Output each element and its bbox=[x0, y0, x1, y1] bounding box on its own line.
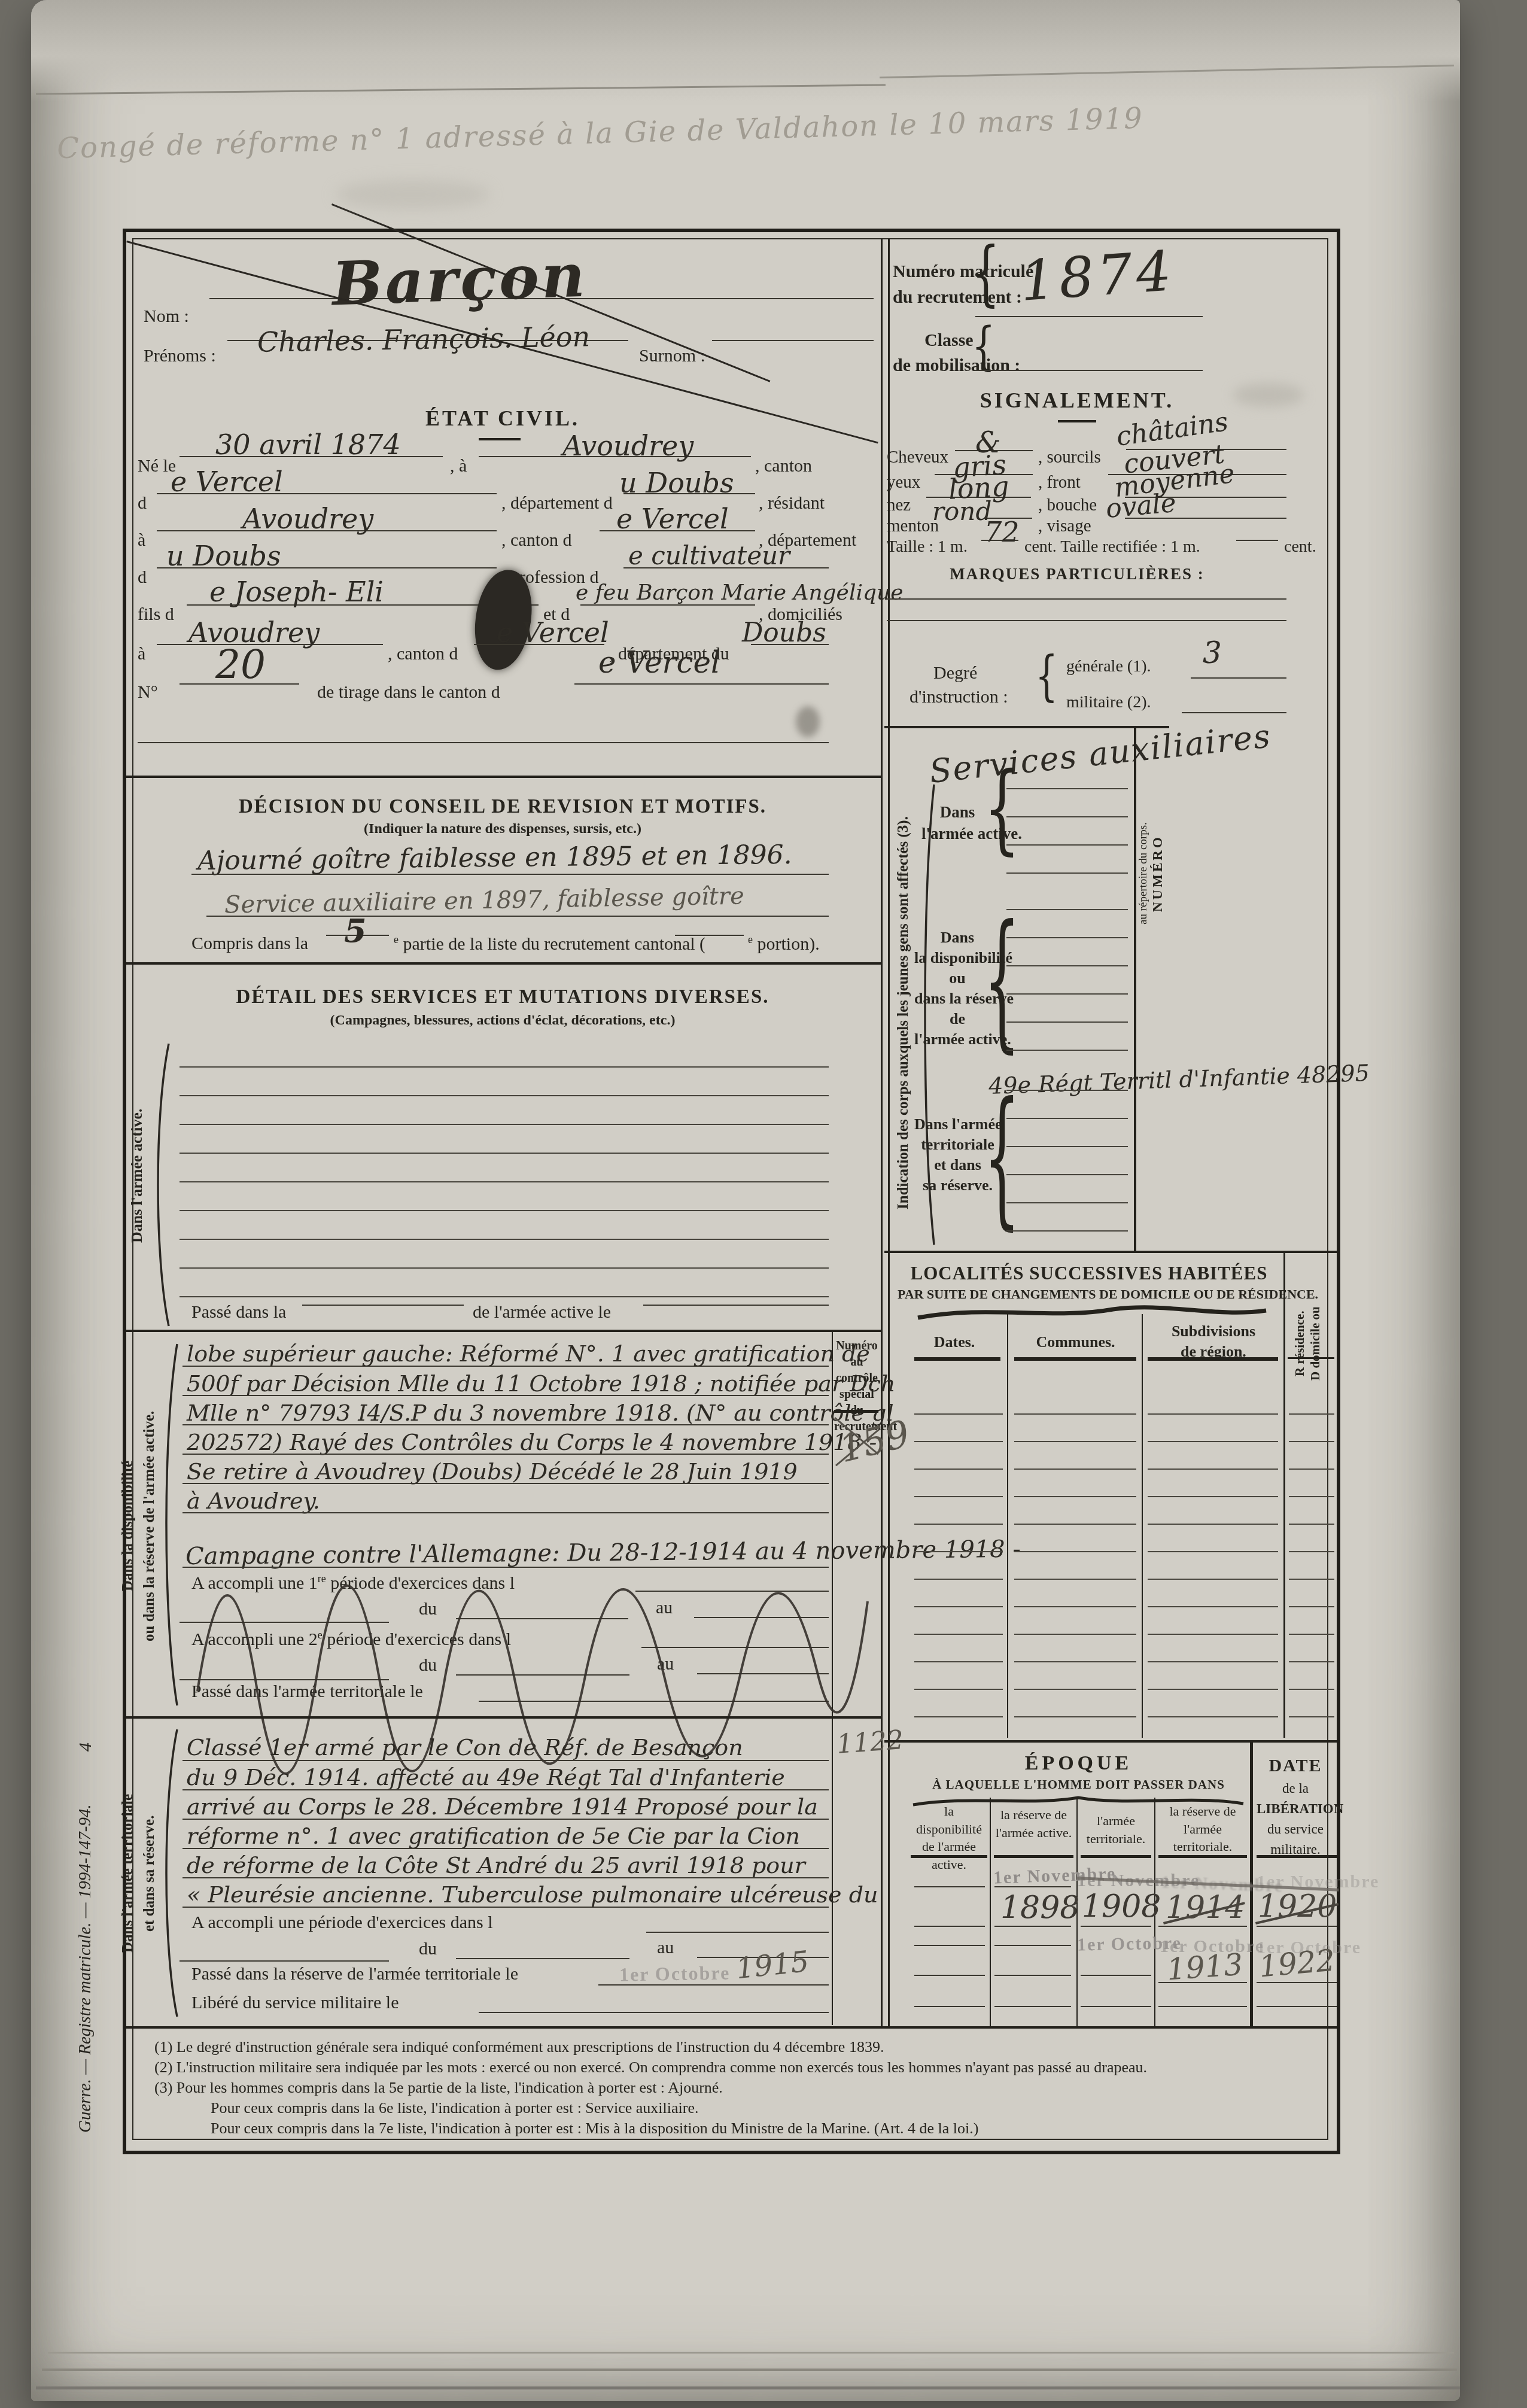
localites-rows-dr bbox=[1289, 1387, 1334, 1722]
fils-value: e Joseph- Eli bbox=[209, 576, 384, 608]
page-stack-edge-1 bbox=[48, 2352, 1454, 2354]
epoque-row4-line-c1 bbox=[914, 1975, 985, 1976]
surnom-line bbox=[712, 340, 874, 341]
localites-rows-communes bbox=[1014, 1387, 1136, 1722]
localites-top-rule bbox=[884, 1251, 1337, 1253]
territoriale-side-label-1: Dans l'armée territoriale bbox=[120, 1728, 140, 2018]
generale-label: générale (1). bbox=[1066, 657, 1151, 676]
epoque-top-rule bbox=[884, 1740, 1337, 1743]
tirage-value: e Vercel bbox=[598, 645, 720, 680]
corps-dispo-label: de bbox=[939, 1010, 975, 1028]
territoriale-periode-label: A accompli une période d'exercices dans … bbox=[191, 1913, 493, 1933]
epoque-date-header-4: du service bbox=[1257, 1822, 1334, 1837]
reserve-side-brace bbox=[159, 1342, 180, 1708]
degre-brace: { bbox=[1035, 649, 1058, 703]
compris-sup: e bbox=[394, 934, 399, 945]
localites-divider-1 bbox=[1007, 1314, 1008, 1738]
classe-label-line2: de mobilisation : bbox=[893, 355, 1020, 376]
epoque-date-header-1: DATE bbox=[1257, 1756, 1334, 1776]
matricule-brace: { bbox=[972, 238, 1000, 309]
territoriale-text-line: « Pleurésie ancienne. Tuberculose pulmon… bbox=[187, 1881, 878, 1908]
reserve-rule-3 bbox=[182, 1424, 829, 1425]
epoque-head-rule-4 bbox=[1158, 1855, 1247, 1858]
passe-active-blank1 bbox=[302, 1305, 464, 1306]
column-divider-left-line bbox=[881, 239, 883, 2027]
numero-tirage-value: 20 bbox=[215, 641, 266, 688]
rule-above-reserve bbox=[126, 1330, 881, 1332]
a3-label: à bbox=[138, 644, 145, 664]
localites-head-rule-2 bbox=[1014, 1357, 1136, 1361]
matricule-label-line1: Numéro matricule bbox=[893, 262, 1033, 282]
services-title: DÉTAIL DES SERVICES ET MUTATIONS DIVERSE… bbox=[168, 986, 838, 1008]
localites-subtitle: PAR SUITE DE CHANGEMENTS DE DOMICILE OU … bbox=[898, 1287, 1280, 1302]
territoriale-rule-6 bbox=[182, 1907, 829, 1908]
a2-label: à bbox=[138, 530, 145, 551]
epoque-row1-line-c1 bbox=[914, 1886, 985, 1887]
prenoms-label: Prénoms : bbox=[144, 346, 216, 366]
territoriale-text-line: Classé 1er armé par le Con de Réf. de Be… bbox=[187, 1734, 743, 1761]
territoriale-text-line: arrivé au Corps le 28. Décembre 1914 Pro… bbox=[187, 1793, 818, 1820]
epoque-title: ÉPOQUE bbox=[907, 1752, 1251, 1775]
epoque-row3-line-c2 bbox=[994, 1945, 1071, 1946]
dept3-value: Doubs bbox=[742, 618, 826, 648]
year2-liberation: 1922 bbox=[1258, 1943, 1337, 1984]
services-side-brace bbox=[151, 1041, 171, 1328]
corps-active-label-1: Dans bbox=[930, 803, 984, 822]
d3-label: d bbox=[138, 567, 147, 588]
epoque-date-header-2: de la bbox=[1257, 1781, 1334, 1796]
marques-label: MARQUES PARTICULIÈRES : bbox=[909, 565, 1245, 583]
reserve-text-line: 202572) Rayé des Contrôles du Corps le 4… bbox=[187, 1429, 877, 1455]
epoque-row4-line-c3 bbox=[1081, 1975, 1151, 1976]
year-territoriale: 1908 bbox=[1082, 1889, 1161, 1924]
cheveux-label: Cheveux bbox=[887, 448, 948, 467]
mere-value: e feu Barçon Marie Angélique bbox=[576, 580, 904, 605]
epoque-row2-line-c3 bbox=[1081, 1926, 1151, 1927]
residant-label: , résidant bbox=[759, 493, 825, 513]
localites-head-rule-3 bbox=[1148, 1357, 1278, 1361]
canton3-label: , canton d bbox=[388, 644, 458, 664]
cancellation-squiggle bbox=[191, 1530, 874, 1709]
libere-blank bbox=[479, 2012, 829, 2013]
sourcils-label: , sourcils bbox=[1038, 448, 1101, 467]
classe-brace: { bbox=[972, 321, 995, 373]
localites-col-communes: Communes. bbox=[1014, 1333, 1137, 1351]
classe-label-line1: Classe bbox=[924, 330, 974, 351]
compris-value: 5 bbox=[344, 912, 367, 950]
localites-col-dates: Dates. bbox=[907, 1333, 1002, 1351]
taille-value: 72 bbox=[984, 516, 1020, 548]
territoriale-periode-blank bbox=[646, 1932, 829, 1933]
corps-side-label: Indication des corps auxquels les jeunes… bbox=[895, 778, 917, 1248]
etat-civil-title: ÉTAT CIVIL. bbox=[311, 406, 694, 431]
localites-swash bbox=[915, 1302, 1269, 1322]
rule-above-decision bbox=[126, 776, 881, 778]
yeux-label: yeux bbox=[887, 473, 920, 492]
militaire-label: militaire (2). bbox=[1066, 693, 1151, 712]
territoriale-rule-5 bbox=[182, 1877, 829, 1878]
epoque-row2-line-c4 bbox=[1158, 1926, 1247, 1927]
canton2-label: , canton d bbox=[501, 530, 571, 551]
corps-dispo-rows bbox=[1006, 882, 1128, 1052]
corps-active-label-2: l'armée active. bbox=[921, 825, 993, 843]
localites-title: LOCALITÉS SUCCESSIVES HABITÉES bbox=[898, 1263, 1280, 1284]
compris-label: Compris dans la bbox=[191, 934, 308, 954]
dept1-label: , département d bbox=[501, 493, 613, 513]
taille-label-1: Taille : 1 m. bbox=[887, 537, 968, 557]
menton-label: menton bbox=[887, 516, 939, 536]
epoque-col3-header: l'armée territoriale. bbox=[1080, 1812, 1152, 1847]
epoque-row2-line-date bbox=[1257, 1926, 1337, 1927]
reserve-text-line: Mlle n° 79793 I4/S.P du 3 novembre 1918.… bbox=[187, 1400, 894, 1426]
margin-series-caption: Guerre. — Registre matricule. — 1994-147… bbox=[75, 1774, 95, 2163]
epoque-head-rule-1 bbox=[911, 1855, 987, 1858]
rule-above-territoriale bbox=[126, 1716, 881, 1719]
decision-line1-rule bbox=[191, 874, 829, 875]
portion-after-text: portion). bbox=[758, 934, 820, 954]
page-stack-edge-3 bbox=[36, 2386, 1460, 2389]
smudge-2 bbox=[1233, 383, 1304, 407]
territoriale-rule-3 bbox=[182, 1819, 829, 1820]
epoque-row5-line-date bbox=[1257, 2006, 1337, 2007]
reserve-text-line: lobe supérieur gauche: Réformé N°. 1 ave… bbox=[187, 1340, 870, 1367]
localites-head-rule-4 bbox=[1288, 1357, 1334, 1359]
footnotes-top-rule bbox=[126, 2026, 1337, 2029]
reserve-text-line: Se retire à Avoudrey (Doubs) Décédé le 2… bbox=[187, 1458, 798, 1485]
smudge-3 bbox=[335, 180, 491, 209]
reserve-side-label-2: ou dans la réserve de l'armée active. bbox=[141, 1343, 162, 1708]
libere-label: Libéré du service militaire le bbox=[191, 1993, 399, 2013]
epoque-col1-header: la disponibilité de l'armée active. bbox=[911, 1802, 987, 1874]
year2-reserve-territoriale: 1913 bbox=[1166, 1947, 1244, 1987]
numero-tirage-label: N° bbox=[138, 682, 158, 703]
epoque-row2-line-c1 bbox=[914, 1926, 985, 1927]
territoriale-text-line: réforme n°. 1 avec gratification de 5e C… bbox=[187, 1823, 800, 1849]
corps-active-rows bbox=[1006, 761, 1128, 875]
etat-civil-title-dash bbox=[479, 438, 521, 440]
footnote-4: Pour ceux compris dans la 6e liste, l'in… bbox=[211, 2099, 699, 2117]
portion-sup: e bbox=[748, 934, 753, 945]
compris-after: e partie de la liste du recrutement cant… bbox=[394, 934, 705, 954]
militaire-blank bbox=[1182, 712, 1286, 713]
taille-label-2: cent. Taille rectifiée : 1 m. bbox=[1024, 537, 1200, 557]
marques-line-2 bbox=[887, 620, 1286, 621]
epoque-head-rule-3 bbox=[1081, 1855, 1151, 1858]
epoque-divider-1 bbox=[990, 1798, 991, 2027]
reserve-text-line: à Avoudrey. bbox=[187, 1488, 320, 1514]
ne-place-value: Avoudrey bbox=[562, 430, 693, 462]
d1-label: d bbox=[138, 493, 147, 513]
territoriale-du-left-blank bbox=[180, 1960, 389, 1962]
reserve-text-line: 500f par Décision Mlle du 11 Octobre 191… bbox=[187, 1370, 895, 1397]
epoque-col2-header: la réserve de l'armée active. bbox=[993, 1806, 1074, 1841]
portion-after: e portion). bbox=[748, 934, 820, 954]
territoriale-rule-1 bbox=[182, 1760, 829, 1761]
front-label: , front bbox=[1038, 473, 1081, 492]
epoque-row2-line-c2 bbox=[994, 1926, 1071, 1927]
reserve-rule-1 bbox=[182, 1366, 829, 1367]
corps-numero-label-1: NUMÉRO bbox=[1150, 736, 1166, 1011]
surnom-label: Surnom : bbox=[639, 346, 705, 366]
year-reserve-active: 1898 bbox=[1000, 1890, 1079, 1926]
margin-page-number: 4 bbox=[75, 1732, 96, 1762]
fils-label: fils d bbox=[138, 604, 174, 625]
territoriale-side-brace bbox=[159, 1727, 180, 2019]
taille-label-3: cent. bbox=[1284, 537, 1316, 557]
page-stack-edge-2 bbox=[42, 2369, 1457, 2371]
services-subtitle: (Campagnes, blessures, actions d'éclat, … bbox=[168, 1013, 838, 1029]
classe-underline bbox=[975, 370, 1203, 371]
signalement-dash bbox=[1058, 420, 1096, 422]
smudge-1 bbox=[796, 706, 820, 737]
scanned-register-photo: Congé de réforme n° 1 adressé à la Gie d… bbox=[0, 0, 1527, 2408]
passe-active-label1: Passé dans la bbox=[191, 1302, 286, 1322]
footnote-2: (2) L'instruction militaire sera indiqué… bbox=[154, 2059, 1147, 2076]
degre-label-1: Degré bbox=[933, 663, 977, 683]
profession-value: e cultivateur bbox=[628, 541, 790, 570]
decision-line1: Ajourné goître faiblesse en 1895 et en 1… bbox=[197, 840, 792, 876]
d1-value: e Vercel bbox=[171, 466, 283, 498]
epoque-head-rule-2 bbox=[994, 1855, 1073, 1858]
matricule-value: 1874 bbox=[1018, 239, 1177, 314]
reserve-numero-underline bbox=[834, 1410, 878, 1413]
corps-numero-label-2: au répertoire du corps. bbox=[1137, 736, 1150, 1011]
menton-value: rond bbox=[932, 497, 991, 526]
canton3-value: e Vercel bbox=[497, 616, 609, 649]
bouche-label: , bouche bbox=[1038, 495, 1097, 515]
corps-numero-strip-border bbox=[1134, 728, 1136, 1251]
localites-col-sub-1: Subdivisions bbox=[1148, 1322, 1279, 1340]
taille-rectifiee-blank bbox=[1236, 540, 1278, 541]
dept1-value: u Doubs bbox=[619, 467, 734, 499]
footnote-5: Pour ceux compris dans la 7e liste, l'in… bbox=[211, 2120, 978, 2138]
marques-line-1 bbox=[887, 598, 1286, 600]
footnote-1: (1) Le degré d'instruction générale sera… bbox=[154, 2038, 884, 2056]
corps-dispo-label: Dans bbox=[930, 929, 984, 947]
rule-under-instruction bbox=[884, 726, 1169, 728]
compris-after-text: partie de la liste du recrutement canton… bbox=[403, 934, 706, 954]
visage-value: ovale bbox=[1105, 488, 1178, 524]
portion-blank bbox=[675, 935, 744, 936]
epoque-row5-line-c1 bbox=[914, 2006, 985, 2007]
services-side-label: Dans l'armée active. bbox=[128, 1044, 152, 1308]
generale-value: 3 bbox=[1203, 636, 1222, 670]
epoque-row1-line-c2 bbox=[994, 1886, 1071, 1887]
degre-label-2: d'instruction : bbox=[909, 687, 1008, 707]
territoriale-au: au bbox=[657, 1938, 674, 1958]
canton1-label: , canton bbox=[755, 456, 812, 476]
generale-blank bbox=[1191, 677, 1286, 679]
nom-label: Nom : bbox=[144, 306, 189, 327]
corps-terr-rows bbox=[1006, 1063, 1128, 1233]
territoriale-du: du bbox=[419, 1939, 437, 1959]
epoque-date-header-3: LIBÉRATION bbox=[1257, 1801, 1334, 1817]
nez-label: nez bbox=[887, 495, 911, 515]
epoque-row5-line-c3 bbox=[1081, 2006, 1151, 2007]
reserve-rule-2 bbox=[182, 1395, 829, 1396]
epoque-row4-line-date bbox=[1257, 1982, 1337, 1983]
territoriale-du-blank bbox=[456, 1958, 629, 1959]
territoriale-rule-4 bbox=[182, 1848, 829, 1849]
canton2-value: e Vercel bbox=[616, 503, 729, 535]
services-blank-rows bbox=[180, 1039, 829, 1299]
reserve-side-label-1: Dans la disponibilité bbox=[120, 1343, 140, 1708]
localites-rows-dates bbox=[914, 1387, 1003, 1722]
passe-active-blank2 bbox=[643, 1305, 829, 1306]
footnote-3: (3) Pour les hommes compris dans la 5e p… bbox=[154, 2079, 723, 2097]
d3-value: u Doubs bbox=[166, 540, 281, 572]
epoque-head-rule-5 bbox=[1257, 1855, 1337, 1858]
decision-title: DÉCISION DU CONSEIL DE REVISION ET MOTIF… bbox=[168, 796, 838, 818]
passe-reserve-label: Passé dans la réserve de l'armée territo… bbox=[191, 1964, 518, 1984]
rule-above-services bbox=[126, 962, 881, 965]
epoque-row4-line-c2 bbox=[994, 1975, 1071, 1976]
territoriale-text-line: du 9 Déc. 1914. affecté au 49e Régt Tal … bbox=[187, 1764, 785, 1790]
localites-dr-label-2: R résidence. bbox=[1292, 1284, 1307, 1403]
localites-head-rule-1 bbox=[914, 1357, 1000, 1361]
tirage-label: de tirage dans le canton d bbox=[317, 682, 500, 703]
corps-dispo-label: ou bbox=[939, 969, 975, 987]
territoriale-side-label-2: et dans sa réserve. bbox=[141, 1728, 162, 2018]
decision-subtitle: (Indiquer la nature des dispenses, sursi… bbox=[168, 821, 838, 837]
epoque-row5-line-c4 bbox=[1158, 2006, 1247, 2007]
octobre-stamp-left: 1er Octobre bbox=[619, 1962, 731, 1986]
epoque-subtitle: À LAQUELLE L'HOMME DOIT PASSER DANS bbox=[907, 1777, 1251, 1792]
localites-dr-border bbox=[1283, 1253, 1285, 1738]
reserve-rule-6 bbox=[182, 1512, 829, 1513]
reserve-rule-5 bbox=[182, 1483, 829, 1484]
decision-line2-rule bbox=[206, 916, 829, 917]
visage-label: , visage bbox=[1038, 516, 1091, 536]
ne-le-value: 30 avril 1874 bbox=[215, 428, 401, 461]
matricule-underline bbox=[975, 316, 1203, 317]
epoque-row4-line-c4 bbox=[1158, 1982, 1247, 1983]
blank-line-below-tirage bbox=[138, 742, 829, 743]
epoque-col4-header: la réserve de l'armée territoriale. bbox=[1158, 1802, 1248, 1856]
tirage-line bbox=[574, 683, 829, 685]
passe-active-label2: de l'armée active le bbox=[473, 1302, 611, 1322]
territoriale-text-line: de réforme de la Côte St André du 25 avr… bbox=[187, 1852, 805, 1878]
epoque-row5-line-c2 bbox=[994, 2006, 1071, 2007]
a2-value: Avoudrey bbox=[242, 503, 373, 535]
matricule-label-line2: du recrutement : bbox=[893, 287, 1022, 308]
localites-divider-2 bbox=[1142, 1314, 1143, 1738]
a1-label: , à bbox=[450, 456, 467, 476]
reserve-rule-4 bbox=[182, 1454, 829, 1455]
epoque-row3-line-c1 bbox=[914, 1945, 985, 1946]
localites-rows-subdivisions bbox=[1148, 1387, 1278, 1722]
territoriale-rule-2 bbox=[182, 1789, 829, 1790]
